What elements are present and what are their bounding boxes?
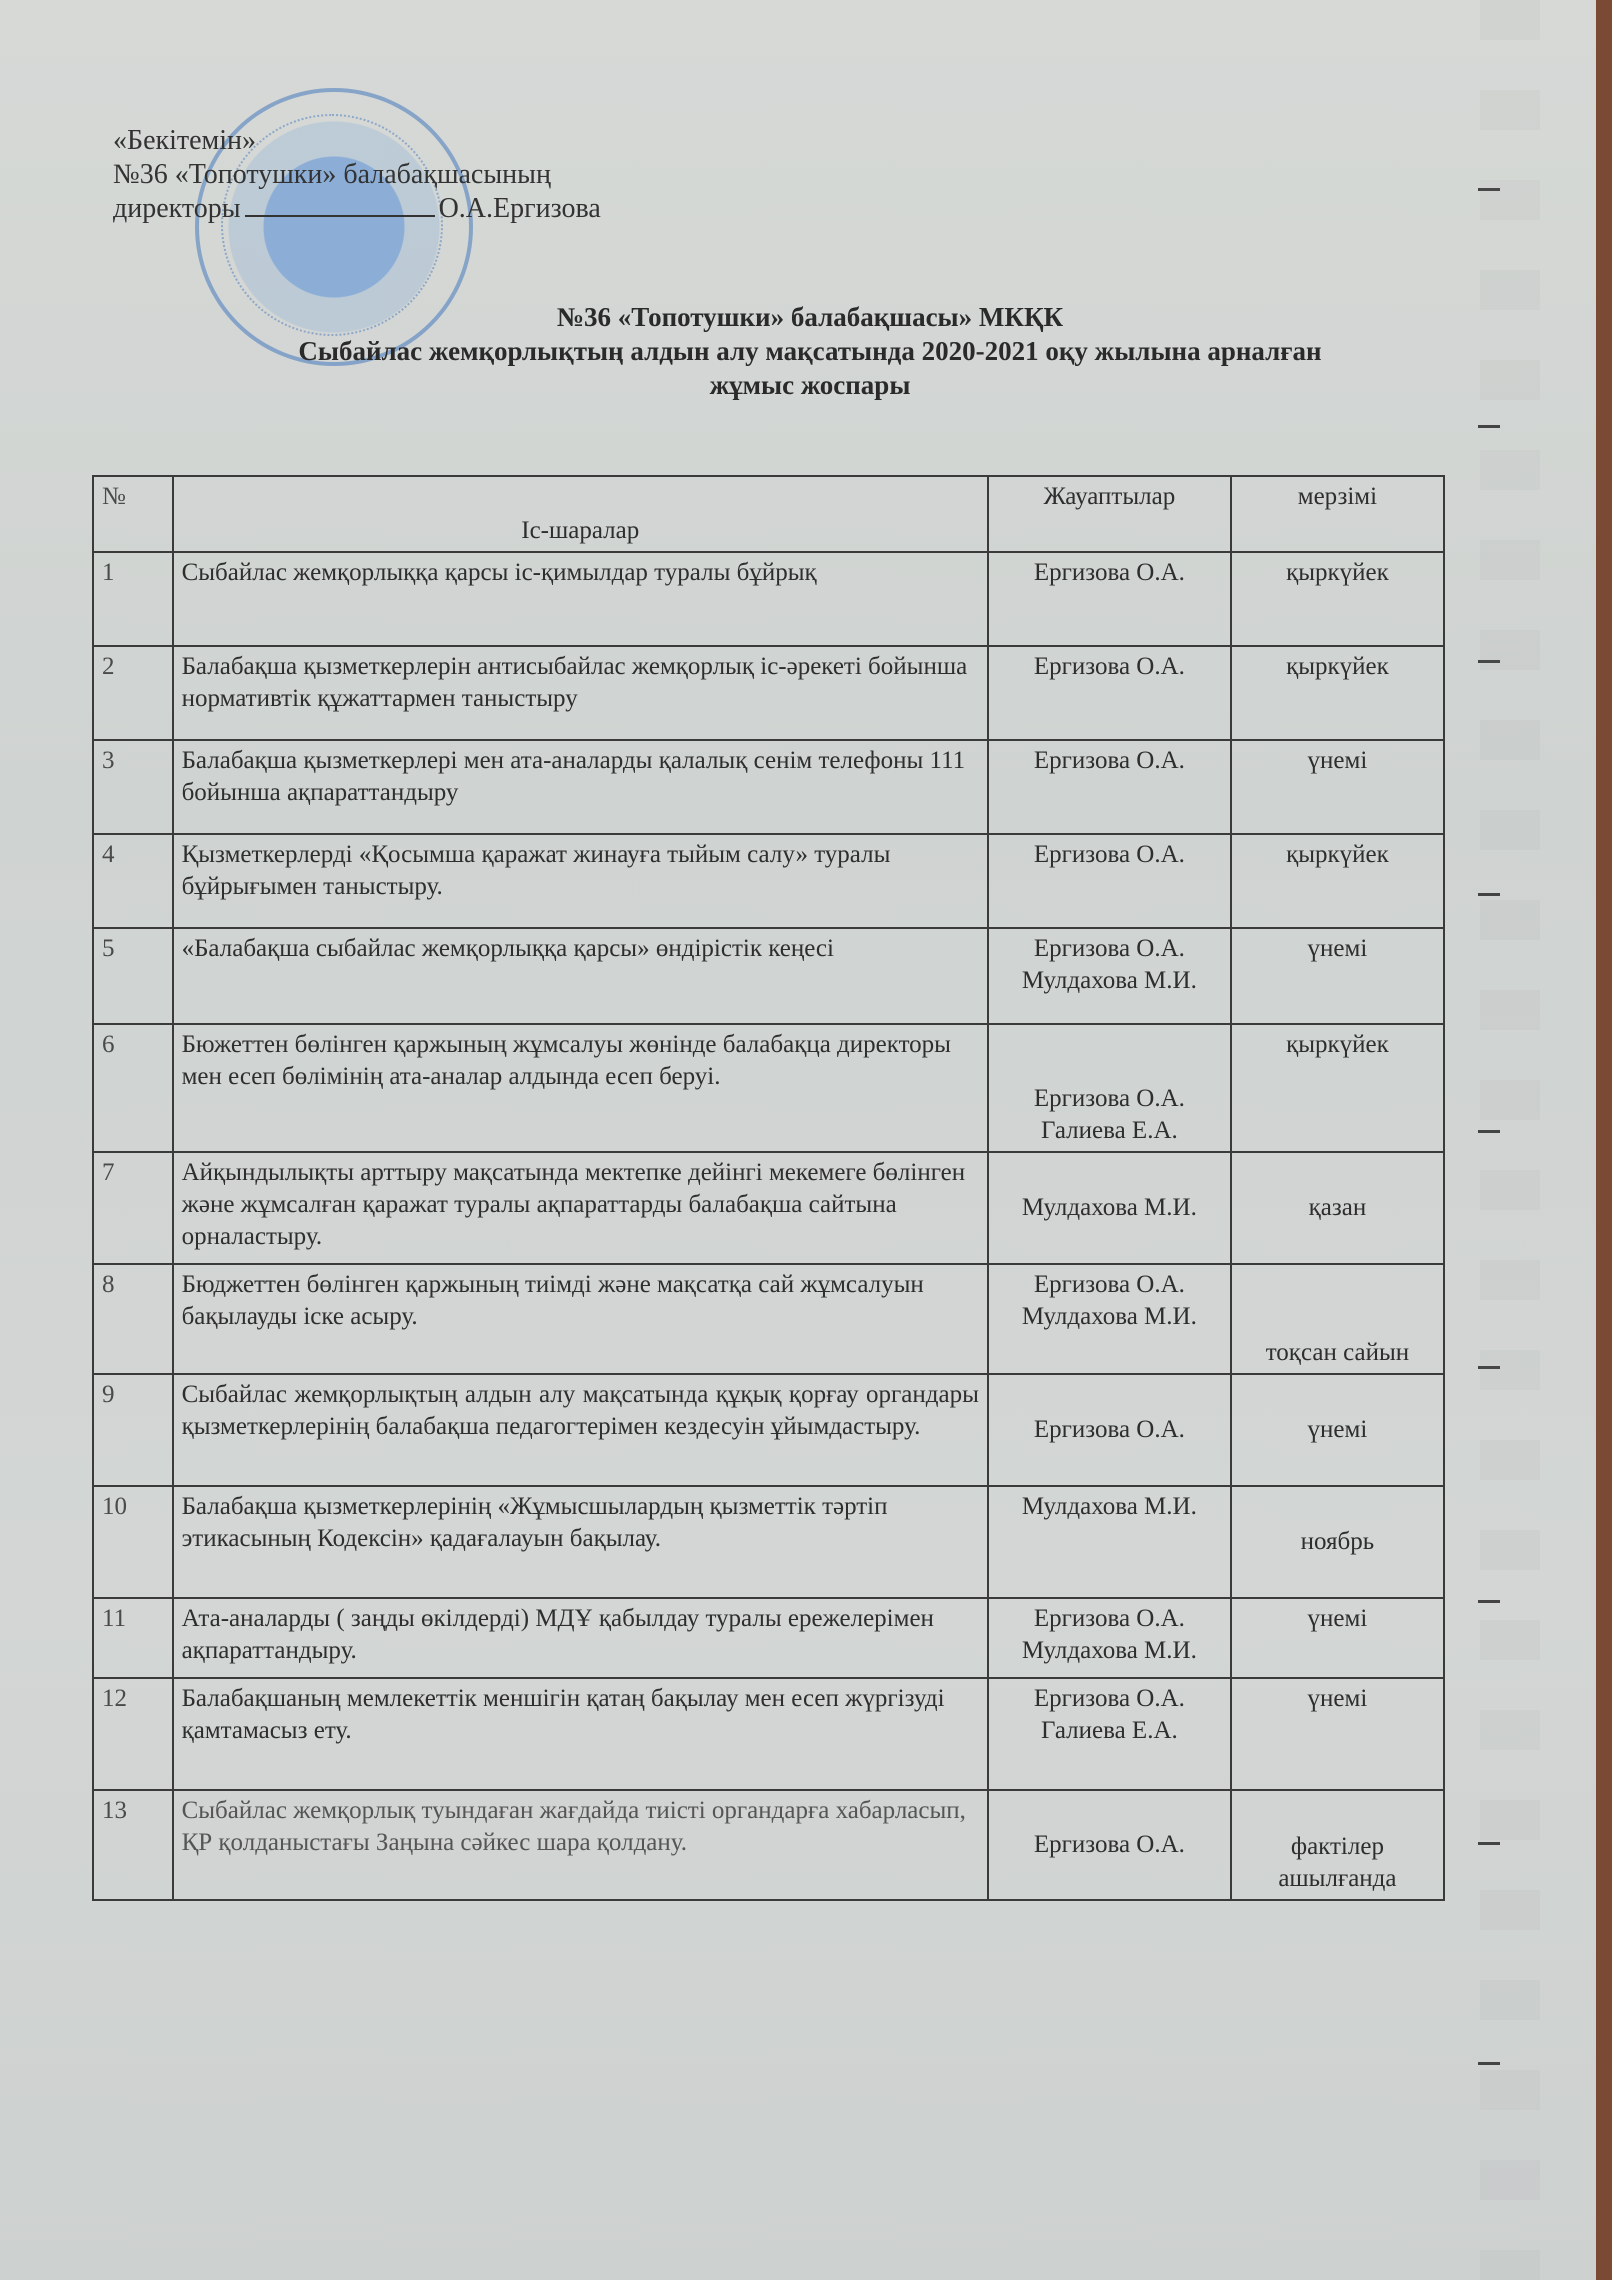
table-row: 12Балабақшаның мемлекеттік меншігін қата…: [93, 1678, 1444, 1790]
table-row: 13Сыбайлас жемқорлық туындаған жағдайда …: [93, 1790, 1444, 1900]
title-plan: жұмыс жоспары: [180, 368, 1440, 402]
responsible-person: Ергизова О.А.: [997, 839, 1222, 871]
table-row: 8Бюджеттен бөлінген қаржының тиімді және…: [93, 1264, 1444, 1374]
row-number: 4: [93, 834, 173, 928]
row-number: 3: [93, 740, 173, 834]
table-row: 4Қызметкерлерді «Қосымша қаражат жинауға…: [93, 834, 1444, 928]
table-row: 9Сыбайлас жемқорлықтың алдын алу мақсаты…: [93, 1374, 1444, 1486]
activity-cell: Сыбайлас жемқорлық туындаған жағдайда ти…: [173, 1790, 988, 1900]
row-number: 13: [93, 1790, 173, 1900]
row-number: 2: [93, 646, 173, 740]
row-number: 8: [93, 1264, 173, 1374]
term-cell: қыркүйек: [1231, 1024, 1444, 1152]
responsible-cell: Ергизова О.А.Мулдахова М.И.: [988, 1264, 1231, 1374]
responsible-person: Мулдахова М.И.: [997, 1491, 1222, 1523]
work-plan-table: № Іс-шаралар Жауаптылар мерзімі 1Сыбайла…: [92, 475, 1445, 1901]
activity-cell: Сыбайлас жемқорлықтың алдын алу мақсатын…: [173, 1374, 988, 1486]
responsible-person: Галиева Е.А.: [997, 1715, 1222, 1747]
responsible-person: Ергизова О.А.: [997, 651, 1222, 683]
row-number: 12: [93, 1678, 173, 1790]
margin-mark: [1478, 425, 1500, 428]
row-number: 11: [93, 1598, 173, 1678]
term-cell: қыркүйек: [1231, 834, 1444, 928]
term-cell: тоқсан сайын: [1231, 1264, 1444, 1374]
margin-mark: [1478, 660, 1500, 663]
approval-name: О.А.Ергизова: [439, 193, 601, 224]
activity-cell: Балабақша қызметкерлерінің «Жұмысшыларды…: [173, 1486, 988, 1598]
row-number: 10: [93, 1486, 173, 1598]
responsible-cell: Ергизова О.А.Галиева Е.А.: [988, 1024, 1231, 1152]
activity-cell: «Балабақша сыбайлас жемқорлыққа қарсы» ө…: [173, 928, 988, 1024]
responsible-person: Ергизова О.А.: [997, 557, 1222, 589]
activity-cell: Балабақшаның мемлекеттік меншігін қатаң …: [173, 1678, 988, 1790]
margin-mark: [1478, 2062, 1500, 2065]
responsible-person: Ергизова О.А.: [997, 1414, 1222, 1446]
term-cell: үнемі: [1231, 1598, 1444, 1678]
responsible-cell: Мулдахова М.И.: [988, 1152, 1231, 1264]
activity-cell: Айқындылықты арттыру мақсатында мектепке…: [173, 1152, 988, 1264]
term-cell: ноябрь: [1231, 1486, 1444, 1598]
document-title: №36 «Топотушки» балабақшасы» МКҚК Сыбайл…: [180, 300, 1440, 402]
header-responsible: Жауаптылар: [988, 476, 1231, 552]
row-number: 7: [93, 1152, 173, 1264]
approval-organization: №36 «Топотушки» балабақшасының: [113, 158, 601, 192]
responsible-cell: Ергизова О.А.: [988, 646, 1231, 740]
margin-mark: [1478, 1600, 1500, 1603]
approval-block: «Бекітемін» №36 «Топотушки» балабақшасын…: [113, 124, 601, 226]
margin-mark: [1478, 1130, 1500, 1133]
responsible-person: Мулдахова М.И.: [997, 965, 1222, 997]
table-header-row: № Іс-шаралар Жауаптылар мерзімі: [93, 476, 1444, 552]
table-row: 1Сыбайлас жемқорлыққа қарсы іс-қимылдар …: [93, 552, 1444, 646]
term-cell: үнемі: [1231, 1678, 1444, 1790]
signature-line: [245, 215, 435, 217]
responsible-person: Мулдахова М.И.: [997, 1192, 1222, 1224]
responsible-cell: Ергизова О.А.: [988, 1790, 1231, 1900]
table-row: 3Балабақша қызметкерлері мен ата-аналард…: [93, 740, 1444, 834]
row-number: 5: [93, 928, 173, 1024]
row-number: 1: [93, 552, 173, 646]
responsible-cell: Ергизова О.А.Галиева Е.А.: [988, 1678, 1231, 1790]
header-activities: Іс-шаралар: [173, 476, 988, 552]
responsible-cell: Мулдахова М.И.: [988, 1486, 1231, 1598]
responsible-person: Ергизова О.А.: [997, 1269, 1222, 1301]
responsible-person: Ергизова О.А.: [997, 1683, 1222, 1715]
margin-mark: [1478, 1366, 1500, 1369]
table-row: 11Ата-аналарды ( заңды өкілдерді) МДҰ қа…: [93, 1598, 1444, 1678]
term-cell: үнемі: [1231, 1374, 1444, 1486]
approval-signatory: директорыО.А.Ергизова: [113, 192, 601, 226]
margin-mark: [1478, 188, 1500, 191]
term-cell: фактілер ашылғанда: [1231, 1790, 1444, 1900]
table-row: 2Балабақша қызметкерлерін антисыбайлас ж…: [93, 646, 1444, 740]
responsible-person: Ергизова О.А.: [997, 1603, 1222, 1635]
responsible-cell: Ергизова О.А.: [988, 834, 1231, 928]
activity-cell: Қызметкерлерді «Қосымша қаражат жинауға …: [173, 834, 988, 928]
responsible-cell: Ергизова О.А.: [988, 1374, 1231, 1486]
responsible-person: Галиева Е.А.: [997, 1115, 1222, 1147]
term-cell: үнемі: [1231, 928, 1444, 1024]
responsible-person: Ергизова О.А.: [997, 745, 1222, 777]
table-row: 6Бюжеттен бөлінген қаржының жұмсалуы жөн…: [93, 1024, 1444, 1152]
approval-position: директоры: [113, 193, 241, 224]
header-term: мерзімі: [1231, 476, 1444, 552]
responsible-cell: Ергизова О.А.: [988, 740, 1231, 834]
responsible-person: Ергизова О.А.: [997, 933, 1222, 965]
responsible-person: Мулдахова М.И.: [997, 1635, 1222, 1667]
row-number: 6: [93, 1024, 173, 1152]
responsible-person: Ергизова О.А.: [997, 1083, 1222, 1115]
approval-heading: «Бекітемін»: [113, 124, 601, 158]
activity-cell: Бюжеттен бөлінген қаржының жұмсалуы жөні…: [173, 1024, 988, 1152]
title-subject: Сыбайлас жемқорлықтың алдын алу мақсатын…: [180, 334, 1440, 368]
term-cell: үнемі: [1231, 740, 1444, 834]
term-cell: қазан: [1231, 1152, 1444, 1264]
responsible-cell: Ергизова О.А.Мулдахова М.И.: [988, 1598, 1231, 1678]
activity-cell: Балабақша қызметкерлерін антисыбайлас же…: [173, 646, 988, 740]
responsible-cell: Ергизова О.А.: [988, 552, 1231, 646]
margin-mark: [1478, 1842, 1500, 1845]
term-cell: қыркүйек: [1231, 646, 1444, 740]
activity-cell: Сыбайлас жемқорлыққа қарсы іс-қимылдар т…: [173, 552, 988, 646]
document-page: «Бекітемін» №36 «Топотушки» балабақшасын…: [0, 0, 1596, 2280]
responsible-person: Мулдахова М.И.: [997, 1301, 1222, 1333]
term-cell: қыркүйек: [1231, 552, 1444, 646]
title-organization: №36 «Топотушки» балабақшасы» МКҚК: [180, 300, 1440, 334]
header-number: №: [93, 476, 173, 552]
activity-cell: Ата-аналарды ( заңды өкілдерді) МДҰ қабы…: [173, 1598, 988, 1678]
activity-cell: Бюджеттен бөлінген қаржының тиімді және …: [173, 1264, 988, 1374]
margin-mark: [1478, 893, 1500, 896]
table-row: 5«Балабақша сыбайлас жемқорлыққа қарсы» …: [93, 928, 1444, 1024]
table-row: 10Балабақша қызметкерлерінің «Жұмысшылар…: [93, 1486, 1444, 1598]
row-number: 9: [93, 1374, 173, 1486]
activity-cell: Балабақша қызметкерлері мен ата-аналарды…: [173, 740, 988, 834]
responsible-person: Ергизова О.А.: [997, 1829, 1222, 1861]
table-row: 7Айқындылықты арттыру мақсатында мектепк…: [93, 1152, 1444, 1264]
responsible-cell: Ергизова О.А.Мулдахова М.И.: [988, 928, 1231, 1024]
table-body: 1Сыбайлас жемқорлыққа қарсы іс-қимылдар …: [93, 552, 1444, 1900]
